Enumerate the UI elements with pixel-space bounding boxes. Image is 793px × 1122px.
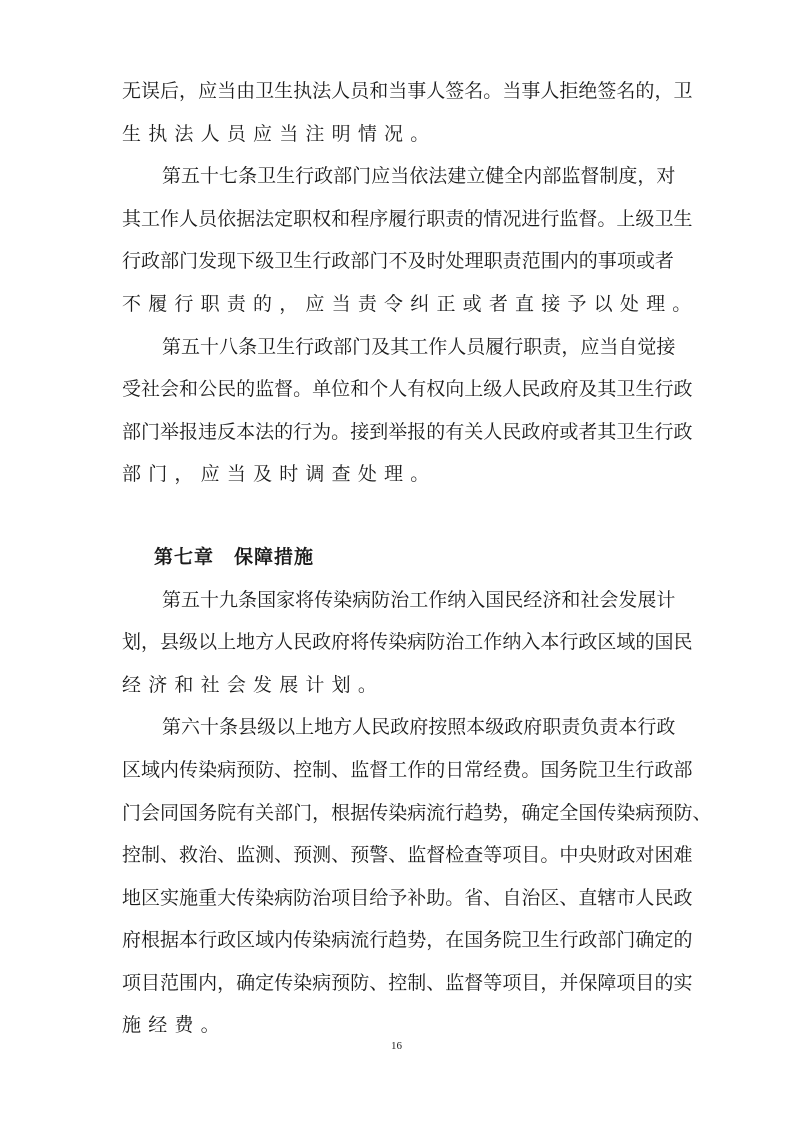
text-line: 第五十九条 国家将传染病防治工作纳入国民经济和社会发展计: [122, 579, 674, 622]
text-line: 府根据本行政区域内传染病流行趋势，在国务院卫生行政部门确定的: [122, 919, 674, 962]
text-line: 第五十八条 卫生行政部门及其工作人员履行职责，应当自觉接: [122, 326, 674, 369]
text-line: 无误后，应当由卫生执法人员和当事人签名。当事人拒绝签名的，卫: [122, 70, 674, 113]
text-line: 门会同国务院有关部门，根据传染病流行趋势，确定全国传染病预防、: [122, 792, 674, 835]
article-paragraph: 第五十八条 卫生行政部门及其工作人员履行职责，应当自觉接受社会和公民的监督。单位…: [122, 326, 674, 496]
text-line: 生执法人员应当注明情况。: [122, 113, 674, 156]
article-paragraph: 第五十七条 卫生行政部门应当依法建立健全内部监督制度，对其工作人员依据法定职权和…: [122, 155, 674, 325]
text-line: 控制、救治、监测、预测、预警、监督检查等项目。中央财政对困难: [122, 834, 674, 877]
text-line: 地区实施重大传染病防治项目给予补助。省、自治区、直辖市人民政: [122, 877, 674, 920]
text-line: 受社会和公民的监督。单位和个人有权向上级人民政府及其卫生行政: [122, 368, 674, 411]
text-line: 其工作人员依据法定职权和程序履行职责的情况进行监督。上级卫生: [122, 198, 674, 241]
text-line: 经济和社会发展计划。: [122, 664, 674, 707]
text-line: 部门，应当及时调查处理。: [122, 453, 674, 496]
document-page: 无误后，应当由卫生执法人员和当事人签名。当事人拒绝签名的，卫生执法人员应当注明情…: [122, 70, 674, 1047]
text-line: 划，县级以上地方人民政府将传染病防治工作纳入本行政区域的国民: [122, 621, 674, 664]
text-line: 区域内传染病预防、控制、监督工作的日常经费。国务院卫生行政部: [122, 749, 674, 792]
article-paragraph: 无误后，应当由卫生执法人员和当事人签名。当事人拒绝签名的，卫生执法人员应当注明情…: [122, 70, 674, 155]
text-line: 不履行职责的，应当责令纠正或者直接予以处理。: [122, 283, 674, 326]
text-line: 行政部门发现下级卫生行政部门不及时处理职责范围内的事项或者: [122, 240, 674, 283]
text-line: 部门举报违反本法的行为。接到举报的有关人民政府或者其卫生行政: [122, 411, 674, 454]
article-paragraph: 第五十九条 国家将传染病防治工作纳入国民经济和社会发展计划，县级以上地方人民政府…: [122, 579, 674, 707]
chapter-heading: 第七章 保障措施: [122, 536, 674, 579]
text-line: 项目范围内，确定传染病预防、控制、监督等项目，并保障项目的实: [122, 962, 674, 1005]
article-paragraph: 第六十条 县级以上地方人民政府按照本级政府职责负责本行政区域内传染病预防、控制、…: [122, 706, 674, 1047]
text-line: 第六十条 县级以上地方人民政府按照本级政府职责负责本行政: [122, 706, 674, 749]
page-number: 16: [0, 1040, 793, 1052]
text-line: 第五十七条 卫生行政部门应当依法建立健全内部监督制度，对: [122, 155, 674, 198]
